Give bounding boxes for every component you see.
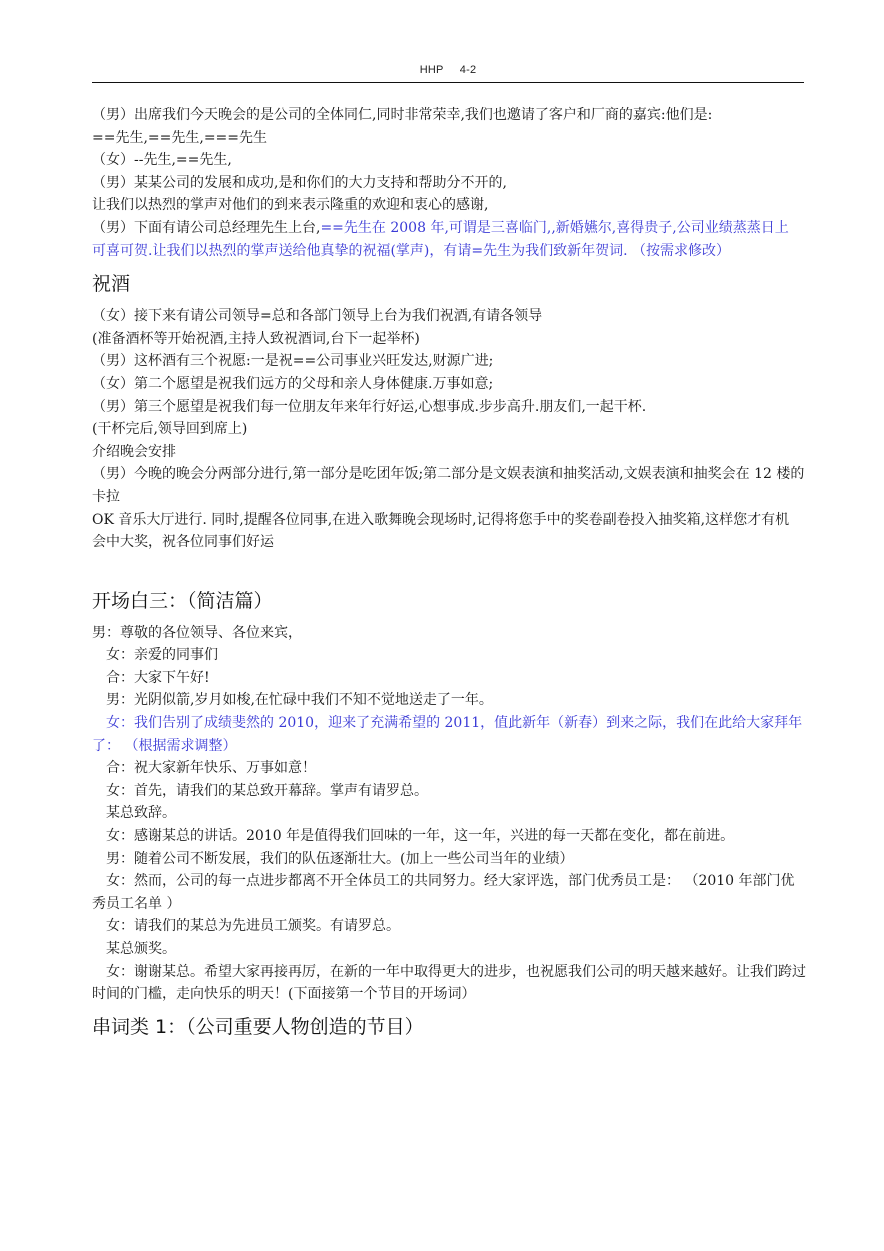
opening-line: 某总致辞。 — [92, 802, 806, 825]
opening-line: 男：随着公司不断发展，我们的队伍逐渐壮大。(加上一些公司当年的业绩） — [92, 848, 806, 871]
opening-line: 女：亲爱的同事们 — [92, 644, 806, 667]
gm-line-prefix: （男）下面有请公司总经理先生上台, — [92, 220, 320, 236]
toast-line: 介绍晚会安排 — [92, 441, 806, 464]
opening-line: 女：请我们的某总为先进员工颁奖。有请罗总。 — [92, 915, 806, 938]
toast-line: (干杯完后,领导回到席上) — [92, 418, 806, 441]
opening-line: 男：尊敬的各位领导、各位来宾， — [92, 622, 806, 645]
toast-line: （女）第二个愿望是祝我们远方的父母和亲人身体健康.万事如意; — [92, 373, 806, 396]
opening-line: 合：祝大家新年快乐、万事如意！ — [92, 757, 806, 780]
header-page-number: 4-2 — [460, 64, 477, 76]
intro-line: ==先生,==先生,===先生 — [92, 127, 806, 150]
intro-line: （男）某某公司的发展和成功,是和你们的大力支持和帮助分不开的, — [92, 172, 806, 195]
opening-line: 女：然而，公司的每一点进步都离不开全体员工的共同努力。经大家评选，部门优秀员工是… — [92, 870, 806, 915]
intro-line: （女）--先生,==先生, — [92, 149, 806, 172]
header-text: HHP 4-2 — [92, 64, 804, 76]
opening-line-highlight: 女：我们告别了成绩斐然的 2010，迎来了充满希望的 2011，值此新年（新春）… — [92, 712, 806, 757]
intro-line: 让我们以热烈的掌声对他们的到来表示隆重的欢迎和衷心的感谢, — [92, 194, 806, 217]
opening-line: 合：大家下午好! — [92, 667, 806, 690]
toast-line: （男）今晚的晚会分两部分进行,第一部分是吃团年饭;第二部分是文娱表演和抽奖活动,… — [92, 463, 806, 508]
page-header: HHP 4-2 — [92, 62, 804, 83]
toast-line: （男）这杯酒有三个祝愿:一是祝==公司事业兴旺发达,财源广进; — [92, 350, 806, 373]
opening-line: 女：感谢某总的讲话。2010 年是值得我们回味的一年，这一年，兴进的每一天都在变… — [92, 825, 806, 848]
toast-line: OK 音乐大厅进行. 同时,提醒各位同事,在进入歌舞晚会现场时,记得将您手中的奖… — [92, 509, 806, 532]
opening-line: 某总颁奖。 — [92, 938, 806, 961]
toast-line: 会中大奖，祝各位同事们好运 — [92, 531, 806, 554]
toast-line: (准备酒杯等开始祝酒,主持人致祝酒词,台下一起举杯) — [92, 328, 806, 351]
opening-line: 女：首先，请我们的某总致开幕辞。掌声有请罗总。 — [92, 780, 806, 803]
section-heading-opening: 开场白三：（简洁篇） — [92, 588, 806, 614]
header-title: HHP — [420, 64, 444, 76]
document-body: （男）出席我们今天晚会的是公司的全体同仁,同时非常荣幸,我们也邀请了客户和厂商的… — [92, 104, 806, 1040]
opening-line: 女：谢谢某总。希望大家再接再厉，在新的一年中取得更大的进步，也祝愿我们公司的明天… — [92, 961, 806, 1006]
toast-line: （男）第三个愿望是祝我们每一位朋友年来年行好运,心想事成.步步高升.朋友们,一起… — [92, 396, 806, 419]
gm-introduction-paragraph: （男）下面有请公司总经理先生上台,==先生在 2008 年,可谓是三喜临门,,新… — [92, 217, 806, 262]
toast-line: （女）接下来有请公司领导=总和各部门领导上台为我们祝酒,有请各领导 — [92, 305, 806, 328]
section-heading-toast: 祝酒 — [92, 271, 806, 297]
intro-line: （男）出席我们今天晚会的是公司的全体同仁,同时非常荣幸,我们也邀请了客户和厂商的… — [92, 104, 806, 127]
section-heading-chuanci: 串词类 1：（公司重要人物创造的节目） — [92, 1014, 806, 1040]
opening-line: 男：光阴似箭,岁月如梭,在忙碌中我们不知不觉地送走了一年。 — [92, 689, 806, 712]
